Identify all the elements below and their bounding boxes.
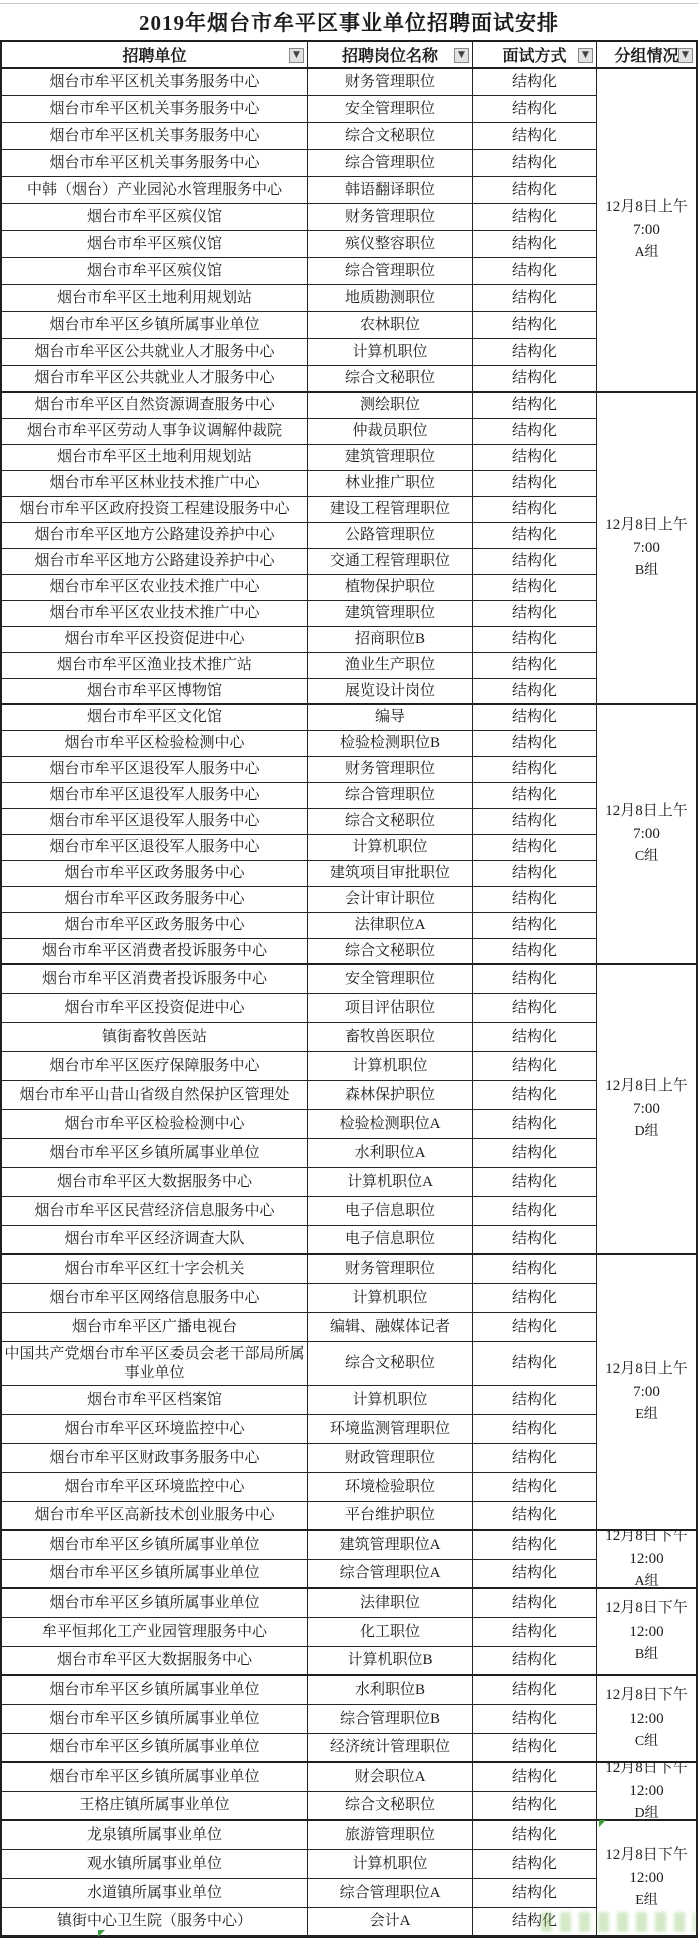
cell-position[interactable]: 建筑管理职位 [308, 601, 473, 627]
cell-position[interactable]: 计算机职位 [308, 1052, 473, 1081]
group-date: 12月8日下午 [605, 1597, 688, 1620]
cell-method[interactable]: 结构化 [473, 1168, 597, 1197]
cell-unit[interactable]: 烟台市牟平区殡仪馆 [2, 204, 308, 231]
cell-position[interactable]: 水利职位B [308, 1676, 473, 1705]
group-time: 12:00 [629, 1780, 663, 1803]
cell-position[interactable]: 综合管理职位A [308, 1879, 473, 1908]
cell-method[interactable]: 结构化 [473, 231, 597, 258]
cell-unit[interactable]: 烟台市牟平区文化馆 [2, 705, 308, 731]
cell-position[interactable]: 经济统计管理职位 [308, 1734, 473, 1763]
cell-unit[interactable]: 烟台市牟平区红十字会机关 [2, 1255, 308, 1284]
cell-unit[interactable]: 烟台市牟平区乡镇所属事业单位 [2, 1589, 308, 1618]
cell-method[interactable]: 结构化 [473, 679, 597, 705]
cell-unit[interactable]: 烟台市牟平区地方公路建设养护中心 [2, 549, 308, 575]
cell-unit[interactable]: 龙泉镇所属事业单位 [2, 1821, 308, 1850]
cell-position[interactable]: 建筑管理职位 [308, 445, 473, 471]
cell-position[interactable]: 法律职位 [308, 1589, 473, 1618]
cell-position[interactable]: 综合文秘职位 [308, 1792, 473, 1821]
cell-position[interactable]: 仲裁员职位 [308, 419, 473, 445]
group-time: 12:00 [629, 1867, 663, 1890]
cell-position[interactable]: 检验检测职位B [308, 731, 473, 757]
cell-position[interactable]: 计算机职位 [308, 339, 473, 366]
cell-unit[interactable]: 烟台市牟平区乡镇所属事业单位 [2, 1531, 308, 1560]
cell-position[interactable]: 综合文秘职位 [308, 809, 473, 835]
cell-method[interactable]: 结构化 [473, 1879, 597, 1908]
cell-unit[interactable]: 烟台市牟平区殡仪馆 [2, 258, 308, 285]
filter-dropdown-icon[interactable]: ▼ [578, 48, 593, 63]
cell-position[interactable]: 综合管理职位 [308, 258, 473, 285]
cell-method[interactable]: 结构化 [473, 939, 597, 965]
cell-method[interactable]: 结构化 [473, 1415, 597, 1444]
cell-unit[interactable]: 烟台市牟平区机关事务服务中心 [2, 123, 308, 150]
cell-position[interactable]: 农林职位 [308, 312, 473, 339]
cell-position[interactable]: 综合文秘职位 [308, 939, 473, 965]
group-name: C组 [635, 846, 658, 868]
group-date: 12月8日上午 [605, 1075, 688, 1098]
group-time: 7:00 [633, 1098, 660, 1121]
cell-position[interactable]: 安全管理职位 [308, 96, 473, 123]
cell-method[interactable]: 结构化 [473, 312, 597, 339]
cell-method[interactable]: 结构化 [473, 96, 597, 123]
cell-unit[interactable]: 烟台市牟平区博物馆 [2, 679, 308, 705]
green-corner-marker [599, 1820, 606, 1827]
cell-unit[interactable]: 烟台市牟平区土地利用规划站 [2, 445, 308, 471]
cell-unit[interactable]: 烟台市牟平区大数据服务中心 [2, 1168, 308, 1197]
cell-method[interactable]: 结构化 [473, 705, 597, 731]
cell-unit[interactable]: 烟台市牟平区医疗保障服务中心 [2, 1052, 308, 1081]
cell-method[interactable]: 结构化 [473, 1734, 597, 1763]
cell-unit[interactable]: 烟台市牟平区高新技术创业服务中心 [2, 1502, 308, 1531]
cell-unit[interactable]: 烟台市牟平区财政事务服务中心 [2, 1444, 308, 1473]
cell-method[interactable]: 结构化 [473, 1081, 597, 1110]
cell-position[interactable]: 计算机职位A [308, 1168, 473, 1197]
cell-position[interactable]: 渔业生产职位 [308, 653, 473, 679]
cell-unit[interactable]: 中韩（烟台）产业园沁水管理服务中心 [2, 177, 308, 204]
group-cell[interactable]: 12月8日上午7:00C组 [597, 705, 696, 965]
cell-method[interactable]: 结构化 [473, 1226, 597, 1255]
cell-unit[interactable]: 烟台市牟平区农业技术推广中心 [2, 601, 308, 627]
column-header-unit-label: 招聘单位 [122, 43, 186, 66]
cell-method[interactable]: 结构化 [473, 69, 597, 96]
cell-method[interactable]: 结构化 [473, 861, 597, 887]
cell-unit[interactable]: 烟台市牟平区渔业技术推广站 [2, 653, 308, 679]
cell-unit[interactable]: 镇街畜牧兽医站 [2, 1023, 308, 1052]
cell-unit[interactable]: 烟台市牟平区劳动人事争议调解仲裁院 [2, 419, 308, 445]
cell-position[interactable]: 电子信息职位 [308, 1197, 473, 1226]
cell-unit[interactable]: 烟台市牟平区检验检测中心 [2, 731, 308, 757]
cell-method[interactable]: 结构化 [473, 419, 597, 445]
cell-unit[interactable]: 烟台市牟平区政务服务中心 [2, 887, 308, 913]
cell-position[interactable]: 会计审计职位 [308, 887, 473, 913]
cell-method[interactable]: 结构化 [473, 258, 597, 285]
cell-method[interactable]: 结构化 [473, 1502, 597, 1531]
cell-position[interactable]: 会计A [308, 1908, 473, 1937]
filter-dropdown-icon[interactable]: ▼ [454, 48, 469, 63]
cell-position[interactable]: 韩语翻译职位 [308, 177, 473, 204]
cell-method[interactable]: 结构化 [473, 285, 597, 312]
cell-method[interactable]: 结构化 [473, 1850, 597, 1879]
cell-position[interactable]: 地质勘测职位 [308, 285, 473, 312]
cell-method[interactable]: 结构化 [473, 1705, 597, 1734]
cell-unit[interactable]: 王格庄镇所属事业单位 [2, 1792, 308, 1821]
cell-method[interactable]: 结构化 [473, 1313, 597, 1342]
cell-unit[interactable]: 烟台市牟平区乡镇所属事业单位 [2, 1705, 308, 1734]
cell-position[interactable]: 电子信息职位 [308, 1226, 473, 1255]
cell-method[interactable]: 结构化 [473, 1444, 597, 1473]
cell-position[interactable]: 综合管理职位 [308, 150, 473, 177]
cell-position[interactable]: 综合文秘职位 [308, 366, 473, 393]
cell-position[interactable]: 展览设计岗位 [308, 679, 473, 705]
cell-position[interactable]: 综合管理职位A [308, 1560, 473, 1589]
cell-method[interactable]: 结构化 [473, 1255, 597, 1284]
group-date: 12月8日上午 [605, 800, 688, 823]
cell-position[interactable]: 项目评估职位 [308, 994, 473, 1023]
cell-unit[interactable]: 烟台市牟平区乡镇所属事业单位 [2, 1676, 308, 1705]
cell-position[interactable]: 编导 [308, 705, 473, 731]
cell-unit[interactable]: 烟台市牟平区投资促进中心 [2, 994, 308, 1023]
cell-unit[interactable]: 烟台市牟平区投资促进中心 [2, 627, 308, 653]
cell-method[interactable]: 结构化 [473, 339, 597, 366]
group-cell[interactable]: 12月8日下午12:00C组 [597, 1676, 696, 1763]
cell-position[interactable]: 综合管理职位 [308, 783, 473, 809]
group-time: 12:00 [629, 1708, 663, 1731]
cell-unit[interactable]: 烟台市牟平区政府投资工程建设服务中心 [2, 497, 308, 523]
cell-unit[interactable]: 烟台市牟平区乡镇所属事业单位 [2, 1139, 308, 1168]
cell-unit[interactable]: 烟台市牟平区乡镇所属事业单位 [2, 1560, 308, 1589]
cell-unit[interactable]: 烟台市牟平区乡镇所属事业单位 [2, 312, 308, 339]
cell-position[interactable]: 安全管理职位 [308, 965, 473, 994]
cell-unit[interactable]: 烟台市牟平区民营经济信息服务中心 [2, 1197, 308, 1226]
cell-method[interactable]: 结构化 [473, 1110, 597, 1139]
cell-unit[interactable]: 烟台市牟平区环境监控中心 [2, 1415, 308, 1444]
cell-method[interactable]: 结构化 [473, 1284, 597, 1313]
cell-method[interactable]: 结构化 [473, 393, 597, 419]
cell-method[interactable]: 结构化 [473, 497, 597, 523]
filter-dropdown-icon[interactable]: ▼ [678, 48, 693, 63]
column-header-group: 分组情况 ▼ [597, 42, 696, 69]
cell-method[interactable]: 结构化 [473, 835, 597, 861]
cell-position[interactable]: 计算机职位 [308, 1386, 473, 1415]
cell-method[interactable]: 结构化 [473, 887, 597, 913]
cell-position[interactable]: 财务管理职位 [308, 69, 473, 96]
cell-unit[interactable]: 烟台市牟平区大数据服务中心 [2, 1647, 308, 1676]
cell-position[interactable]: 检验检测职位A [308, 1110, 473, 1139]
cell-unit[interactable]: 烟台市牟平区消费者投诉服务中心 [2, 939, 308, 965]
group-time: 7:00 [633, 537, 660, 560]
cell-method[interactable]: 结构化 [473, 965, 597, 994]
group-time: 12:00 [629, 1621, 663, 1644]
watermark [541, 1912, 696, 1932]
cell-method[interactable]: 结构化 [473, 653, 597, 679]
cell-method[interactable]: 结构化 [473, 1531, 597, 1560]
cell-position[interactable]: 水利职位A [308, 1139, 473, 1168]
cell-method[interactable]: 结构化 [473, 1676, 597, 1705]
group-time: 7:00 [633, 1381, 660, 1404]
cell-position[interactable]: 交通工程管理职位 [308, 549, 473, 575]
column-header-position: 招聘岗位名称 ▼ [308, 42, 473, 69]
cell-position[interactable]: 环境检验职位 [308, 1473, 473, 1502]
cell-method[interactable]: 结构化 [473, 1763, 597, 1792]
cell-position[interactable]: 综合管理职位B [308, 1705, 473, 1734]
cell-method[interactable]: 结构化 [473, 627, 597, 653]
cell-unit[interactable]: 烟台市牟平区政务服务中心 [2, 861, 308, 887]
group-date: 12月8日下午 [605, 1763, 688, 1780]
filter-dropdown-icon[interactable]: ▼ [289, 48, 304, 63]
cell-method[interactable]: 结构化 [473, 150, 597, 177]
column-header-method-label: 面试方式 [502, 43, 566, 66]
page-title: 2019年烟台市牟平区事业单位招聘面试安排 [0, 4, 698, 40]
column-header-method: 面试方式 ▼ [473, 42, 597, 69]
group-cell[interactable]: 12月8日上午7:00E组 [597, 1255, 696, 1531]
cell-unit[interactable]: 镇街中心卫生院（服务中心） [2, 1908, 308, 1937]
cell-unit[interactable]: 烟台市牟平区公共就业人才服务中心 [2, 366, 308, 393]
cell-method[interactable]: 结构化 [473, 757, 597, 783]
cell-method[interactable]: 结构化 [473, 1821, 597, 1850]
cell-position[interactable]: 计算机职位 [308, 1850, 473, 1879]
cell-method[interactable]: 结构化 [473, 549, 597, 575]
cell-position[interactable]: 计算机职位 [308, 835, 473, 861]
cell-position[interactable]: 计算机职位B [308, 1647, 473, 1676]
cell-method[interactable]: 结构化 [473, 1023, 597, 1052]
cell-position[interactable]: 植物保护职位 [308, 575, 473, 601]
cell-method[interactable]: 结构化 [473, 1386, 597, 1415]
cell-position[interactable]: 化工职位 [308, 1618, 473, 1647]
group-time: 7:00 [633, 823, 660, 846]
cell-position[interactable]: 公路管理职位 [308, 523, 473, 549]
cell-position[interactable]: 财务管理职位 [308, 204, 473, 231]
cell-position[interactable]: 法律职位A [308, 913, 473, 939]
cell-unit[interactable]: 烟台市牟平区消费者投诉服务中心 [2, 965, 308, 994]
cell-position[interactable]: 财会职位A [308, 1763, 473, 1792]
cell-unit[interactable]: 烟台市牟平区机关事务服务中心 [2, 69, 308, 96]
group-date: 12月8日上午 [605, 1358, 688, 1381]
group-cell[interactable]: 12月8日上午7:00A组 [597, 69, 696, 393]
cell-method[interactable]: 结构化 [473, 1052, 597, 1081]
group-name: A组 [634, 242, 658, 264]
cell-unit[interactable]: 烟台市牟平区经济调查大队 [2, 1226, 308, 1255]
group-time: 7:00 [633, 219, 660, 242]
cell-method[interactable]: 结构化 [473, 445, 597, 471]
cell-method[interactable]: 结构化 [473, 204, 597, 231]
cell-position[interactable]: 畜牧兽医职位 [308, 1023, 473, 1052]
cell-unit[interactable]: 烟台市牟平区退役军人服务中心 [2, 809, 308, 835]
cell-position[interactable]: 平台维护职位 [308, 1502, 473, 1531]
cell-method[interactable]: 结构化 [473, 1560, 597, 1589]
group-time: 12:00 [629, 1548, 663, 1571]
group-date: 12月8日下午 [605, 1684, 688, 1707]
cell-unit[interactable]: 烟台市牟平区土地利用规划站 [2, 285, 308, 312]
cell-method[interactable]: 结构化 [473, 1342, 597, 1386]
group-name: A组 [634, 1571, 658, 1589]
group-cell[interactable]: 12月8日下午12:00A组 [597, 1531, 696, 1589]
schedule-table: 招聘单位 ▼ 招聘岗位名称 ▼ 面试方式 ▼ 分组情况 ▼ 烟台市牟平区机关事务… [0, 40, 698, 1938]
cell-unit[interactable]: 烟台市牟平区乡镇所属事业单位 [2, 1734, 308, 1763]
group-name: E组 [635, 1404, 658, 1426]
cell-unit[interactable]: 烟台市牟平区农业技术推广中心 [2, 575, 308, 601]
cell-unit[interactable]: 烟台市牟平区地方公路建设养护中心 [2, 523, 308, 549]
group-date: 12月8日下午 [605, 1531, 688, 1548]
green-corner-marker [98, 1930, 105, 1937]
cell-unit[interactable]: 烟台市牟平区环境监控中心 [2, 1473, 308, 1502]
group-date: 12月8日上午 [605, 514, 688, 537]
cell-unit[interactable]: 烟台市牟平区殡仪馆 [2, 231, 308, 258]
cell-position[interactable]: 森林保护职位 [308, 1081, 473, 1110]
cell-position[interactable]: 测绘职位 [308, 393, 473, 419]
group-cell[interactable]: 12月8日下午12:00D组 [597, 1763, 696, 1821]
cell-method[interactable]: 结构化 [473, 523, 597, 549]
column-header-unit: 招聘单位 ▼ [2, 42, 308, 69]
cell-method[interactable]: 结构化 [473, 575, 597, 601]
cell-unit[interactable]: 烟台市牟平区广播电视台 [2, 1313, 308, 1342]
cell-position[interactable]: 编辑、融媒体记者 [308, 1313, 473, 1342]
column-header-position-label: 招聘岗位名称 [342, 43, 438, 66]
cell-unit[interactable]: 烟台市牟平区公共就业人才服务中心 [2, 339, 308, 366]
cell-method[interactable]: 结构化 [473, 1792, 597, 1821]
group-cell[interactable]: 12月8日上午7:00D组 [597, 965, 696, 1255]
cell-position[interactable]: 环境监测管理职位 [308, 1415, 473, 1444]
cell-unit[interactable]: 烟台市牟平区退役军人服务中心 [2, 835, 308, 861]
cell-unit[interactable]: 烟台市牟平区退役军人服务中心 [2, 783, 308, 809]
cell-method[interactable]: 结构化 [473, 471, 597, 497]
column-header-group-label: 分组情况 [614, 43, 678, 66]
group-name: B组 [635, 1644, 658, 1666]
cell-unit[interactable]: 烟台市牟平区检验检测中心 [2, 1110, 308, 1139]
cell-unit[interactable]: 烟台市牟平区机关事务服务中心 [2, 96, 308, 123]
cell-position[interactable]: 建设工程管理职位 [308, 497, 473, 523]
group-name: E组 [635, 1890, 658, 1912]
cell-unit[interactable]: 烟台市牟平区自然资源调查服务中心 [2, 393, 308, 419]
cell-method[interactable]: 结构化 [473, 1647, 597, 1676]
cell-method[interactable]: 结构化 [473, 177, 597, 204]
group-date: 12月8日上午 [605, 196, 688, 219]
cell-position[interactable]: 建筑管理职位A [308, 1531, 473, 1560]
cell-unit[interactable]: 烟台市牟平区机关事务服务中心 [2, 150, 308, 177]
group-cell[interactable]: 12月8日下午12:00B组 [597, 1589, 696, 1676]
cell-unit[interactable]: 烟台市牟平区档案馆 [2, 1386, 308, 1415]
cell-position[interactable]: 旅游管理职位 [308, 1821, 473, 1850]
cell-unit[interactable]: 水道镇所属事业单位 [2, 1879, 308, 1908]
cell-unit[interactable]: 烟台市牟平区退役军人服务中心 [2, 757, 308, 783]
cell-position[interactable]: 招商职位B [308, 627, 473, 653]
cell-method[interactable]: 结构化 [473, 601, 597, 627]
cell-unit[interactable]: 烟台市牟平山昔山省级自然保护区管理处 [2, 1081, 308, 1110]
cell-position[interactable]: 财务管理职位 [308, 1255, 473, 1284]
cell-unit[interactable]: 烟台市牟平区网络信息服务中心 [2, 1284, 308, 1313]
group-name: B组 [635, 560, 658, 582]
cell-unit[interactable]: 烟台市牟平区林业技术推广中心 [2, 471, 308, 497]
cell-method[interactable]: 结构化 [473, 731, 597, 757]
cell-position[interactable]: 计算机职位 [308, 1284, 473, 1313]
cell-method[interactable]: 结构化 [473, 366, 597, 393]
cell-method[interactable]: 结构化 [473, 1197, 597, 1226]
cell-method[interactable]: 结构化 [473, 1473, 597, 1502]
cell-unit[interactable]: 烟台市牟平区乡镇所属事业单位 [2, 1763, 308, 1792]
cell-unit[interactable]: 牟平恒邦化工产业园管理服务中心 [2, 1618, 308, 1647]
cell-method[interactable]: 结构化 [473, 1139, 597, 1168]
group-name: D组 [634, 1121, 658, 1143]
group-name: C组 [635, 1731, 658, 1753]
cell-position[interactable]: 综合文秘职位 [308, 123, 473, 150]
cell-method[interactable]: 结构化 [473, 783, 597, 809]
cell-method[interactable]: 结构化 [473, 1618, 597, 1647]
cell-unit[interactable]: 观水镇所属事业单位 [2, 1850, 308, 1879]
cell-method[interactable]: 结构化 [473, 809, 597, 835]
cell-method[interactable]: 结构化 [473, 123, 597, 150]
group-name: D组 [634, 1803, 658, 1821]
cell-unit[interactable]: 中国共产党烟台市牟平区委员会老干部局所属事业单位 [2, 1342, 308, 1386]
cell-method[interactable]: 结构化 [473, 1589, 597, 1618]
cell-method[interactable]: 结构化 [473, 913, 597, 939]
cell-position[interactable]: 殡仪整容职位 [308, 231, 473, 258]
group-cell[interactable]: 12月8日上午7:00B组 [597, 393, 696, 705]
cell-unit[interactable]: 烟台市牟平区政务服务中心 [2, 913, 308, 939]
cell-method[interactable]: 结构化 [473, 994, 597, 1023]
cell-position[interactable]: 财务管理职位 [308, 757, 473, 783]
group-date: 12月8日下午 [605, 1844, 688, 1867]
cell-position[interactable]: 林业推广职位 [308, 471, 473, 497]
cell-position[interactable]: 建筑项目审批职位 [308, 861, 473, 887]
cell-position[interactable]: 综合文秘职位 [308, 1342, 473, 1386]
cell-position[interactable]: 财政管理职位 [308, 1444, 473, 1473]
